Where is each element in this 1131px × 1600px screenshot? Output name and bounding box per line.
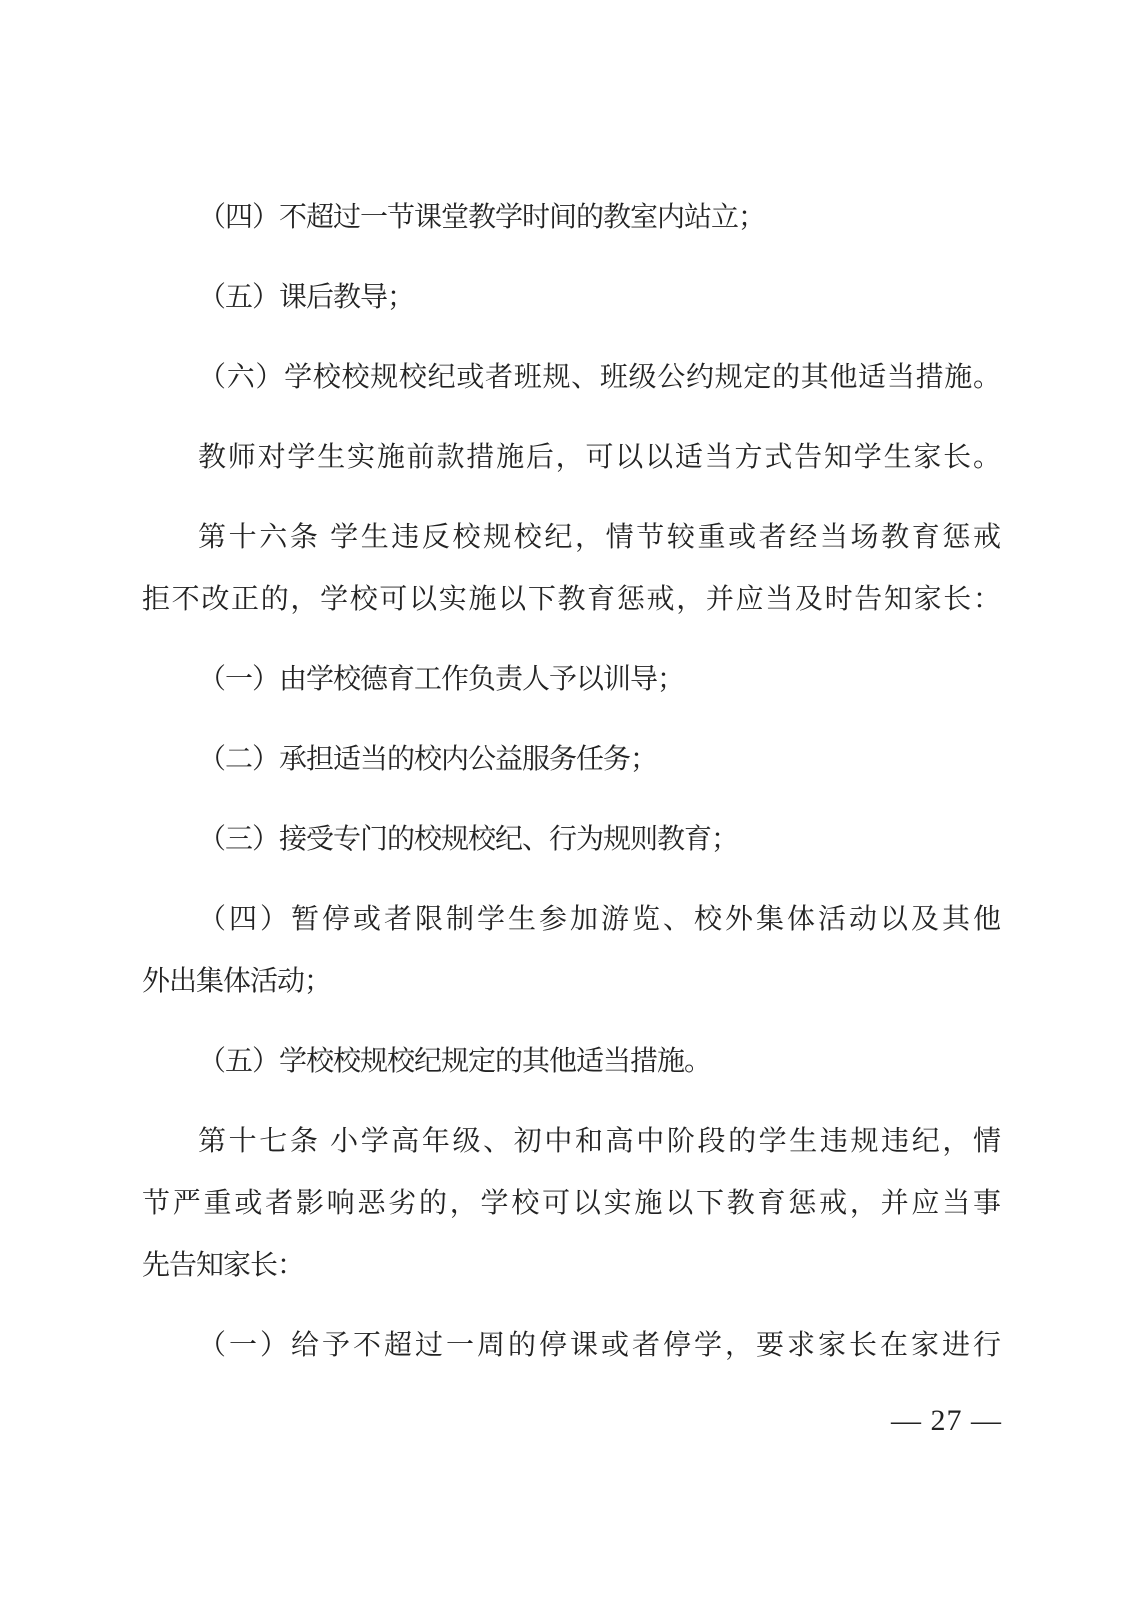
text-line: 先告知家长： [142, 1235, 1000, 1297]
text-line: 第十六条 学生违反校规校纪，情节较重或者经当场教育惩戒 [142, 507, 1000, 569]
document-body: （四）不超过一节课堂教学时间的教室内站立； （五）课后教导； （六）学校校规校纪… [0, 0, 1131, 1395]
article-17-item-1: （一）给予不超过一周的停课或者停学，要求家长在家进行 [142, 1315, 1000, 1377]
teacher-notice-paragraph: 教师对学生实施前款措施后，可以以适当方式告知学生家长。 [142, 427, 1000, 489]
clause-item-5: （五）课后教导； [142, 267, 1000, 329]
text-line: 节严重或者影响恶劣的，学校可以实施以下教育惩戒，并应当事 [142, 1173, 1000, 1235]
text-line: （六）学校校规校纪或者班规、班级公约规定的其他适当措施。 [142, 347, 1000, 409]
article-16-paragraph: 第十六条 学生违反校规校纪，情节较重或者经当场教育惩戒 拒不改正的，学校可以实施… [142, 507, 1000, 631]
text-line: 第十七条 小学高年级、初中和高中阶段的学生违规违纪，情 [142, 1111, 1000, 1173]
clause-item-4: （四）不超过一节课堂教学时间的教室内站立； [142, 187, 1000, 249]
article-16-item-3: （三）接受专门的校规校纪、行为规则教育； [142, 809, 1000, 871]
text-line: （二）承担适当的校内公益服务任务； [142, 729, 1000, 791]
article-16-item-5: （五）学校校规校纪规定的其他适当措施。 [142, 1031, 1000, 1093]
document-page: （四）不超过一节课堂教学时间的教室内站立； （五）课后教导； （六）学校校规校纪… [0, 0, 1131, 1600]
article-16-item-2: （二）承担适当的校内公益服务任务； [142, 729, 1000, 791]
text-line: （三）接受专门的校规校纪、行为规则教育； [142, 809, 1000, 871]
text-line: 外出集体活动； [142, 951, 1000, 1013]
text-line: （五）课后教导； [142, 267, 1000, 329]
text-line: （一）由学校德育工作负责人予以训导； [142, 649, 1000, 711]
text-line: （一）给予不超过一周的停课或者停学，要求家长在家进行 [142, 1315, 1000, 1377]
article-17-paragraph: 第十七条 小学高年级、初中和高中阶段的学生违规违纪，情 节严重或者影响恶劣的，学… [142, 1111, 1000, 1297]
page-number: — 27 — [891, 1402, 1002, 1440]
text-line: 教师对学生实施前款措施后，可以以适当方式告知学生家长。 [142, 427, 1000, 489]
article-16-item-1: （一）由学校德育工作负责人予以训导； [142, 649, 1000, 711]
text-line: （四）不超过一节课堂教学时间的教室内站立； [142, 187, 1000, 249]
clause-item-6: （六）学校校规校纪或者班规、班级公约规定的其他适当措施。 [142, 347, 1000, 409]
text-line: （四）暂停或者限制学生参加游览、校外集体活动以及其他 [142, 889, 1000, 951]
text-line: 拒不改正的，学校可以实施以下教育惩戒，并应当及时告知家长： [142, 569, 1000, 631]
article-16-item-4: （四）暂停或者限制学生参加游览、校外集体活动以及其他 外出集体活动； [142, 889, 1000, 1013]
text-line: （五）学校校规校纪规定的其他适当措施。 [142, 1031, 1000, 1093]
